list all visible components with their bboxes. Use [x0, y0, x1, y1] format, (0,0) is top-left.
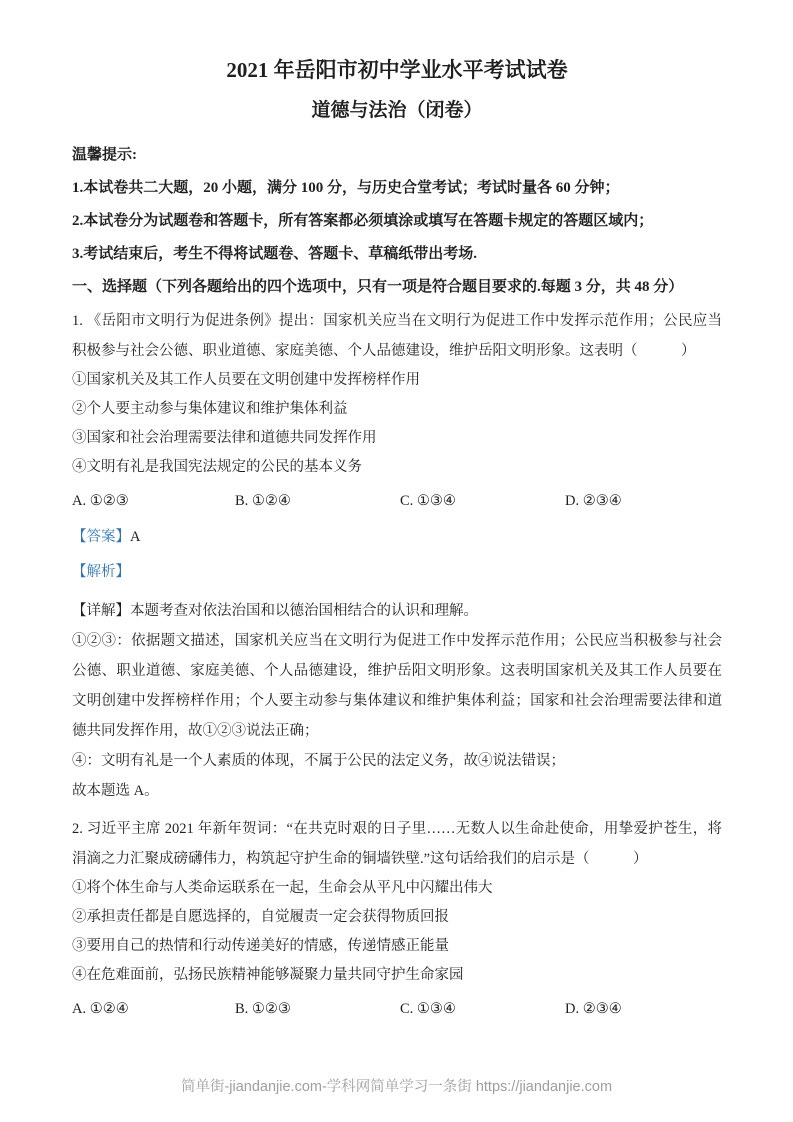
- question-1-item-2: ②个人要主动参与集体建议和维护集体利益: [72, 395, 722, 424]
- question-1-item-3: ③国家和社会治理需要法律和道德共同发挥作用: [72, 424, 722, 453]
- question-2-options: A. ①②④ B. ①②③ C. ①③④ D. ②③④: [72, 998, 722, 1020]
- question-2-item-4: ④在危难面前，弘扬民族精神能够凝聚力量共同守护生命家园: [72, 961, 722, 990]
- question-1-option-a: A. ①②③: [72, 490, 235, 512]
- question-2-option-b: B. ①②③: [235, 998, 400, 1020]
- detail-paragraph-3: ④：文明有礼是一个人素质的体现，不属于公民的法定义务，故④说法错误；: [72, 746, 722, 776]
- exam-page: 2021 年岳阳市初中学业水平考试试卷 道德与法治（闭卷） 温馨提示: 1.本试…: [0, 0, 793, 1122]
- footer-watermark: 简单街-jiandanjie.com-学科网简单学习一条街 https://ji…: [0, 1075, 793, 1096]
- exam-content: 2021 年岳阳市初中学业水平考试试卷 道德与法治（闭卷） 温馨提示: 1.本试…: [0, 0, 793, 1020]
- answer-label: 【答案】: [72, 529, 130, 545]
- question-2-block: 2. 习近平主席 2021 年新年贺词：“在共克时艰的日子里……无数人以生命赴使…: [72, 814, 722, 1020]
- question-2-item-2: ②承担责任都是自愿选择的，自觉履责一定会获得物质回报: [72, 903, 722, 932]
- question-2-option-a: A. ①②④: [72, 998, 235, 1020]
- question-1-item-1: ①国家机关及其工作人员要在文明创建中发挥榜样作用: [72, 366, 722, 395]
- detail-paragraph-4: 故本题选 A。: [72, 776, 722, 806]
- answer-value: A: [130, 529, 140, 545]
- detail-paragraph-1: 【详解】本题考查对依法治国和以德治国相结合的认识和理解。: [72, 596, 722, 626]
- question-2-option-c: C. ①③④: [400, 998, 565, 1020]
- question-2-option-d: D. ②③④: [565, 998, 722, 1020]
- question-1-option-b: B. ①②④: [235, 490, 400, 512]
- notice-item-3: 3.考试结束后，考生不得将试题卷、答题卡、草稿纸带出考场.: [72, 243, 722, 265]
- detail-paragraph-2: ①②③：依据题文描述，国家机关应当在文明行为促进工作中发挥示范作用；公民应当积极…: [72, 626, 722, 746]
- section-heading-choice: 一、选择题（下列各题给出的四个选项中，只有一项是符合题目要求的.每题 3 分，共…: [72, 276, 722, 298]
- question-2-item-1: ①将个体生命与人类命运联系在一起，生命会从平凡中闪耀出伟大: [72, 874, 722, 903]
- question-1-option-c: C. ①③④: [400, 490, 565, 512]
- notice-item-2: 2.本试卷分为试题卷和答题卡，所有答案都必须填涂或填写在答题卡规定的答题区域内；: [72, 210, 722, 232]
- question-2-item-3: ③要用自己的热情和行动传递美好的情感，传递情感正能量: [72, 932, 722, 961]
- notice-item-1: 1.本试卷共二大题，20 小题，满分 100 分，与历史合堂考试；考试时量各 6…: [72, 177, 722, 199]
- question-1-options: A. ①②③ B. ①②④ C. ①③④ D. ②③④: [72, 490, 722, 512]
- answer-line: 【答案】A: [72, 526, 722, 548]
- notice-heading: 温馨提示:: [72, 144, 722, 166]
- exam-subtitle: 道德与法治（闭卷）: [72, 98, 722, 124]
- analysis-line: 【解析】: [72, 561, 722, 583]
- question-1-stem: 1. 《岳阳市文明行为促进条例》提出：国家机关应当在文明行为促进工作中发挥示范作…: [72, 306, 722, 366]
- analysis-label: 【解析】: [72, 564, 130, 580]
- question-2-stem: 2. 习近平主席 2021 年新年贺词：“在共克时艰的日子里……无数人以生命赴使…: [72, 814, 722, 874]
- exam-title: 2021 年岳阳市初中学业水平考试试卷: [72, 56, 722, 84]
- question-1-item-4: ④文明有礼是我国宪法规定的公民的基本义务: [72, 453, 722, 482]
- question-1-option-d: D. ②③④: [565, 490, 722, 512]
